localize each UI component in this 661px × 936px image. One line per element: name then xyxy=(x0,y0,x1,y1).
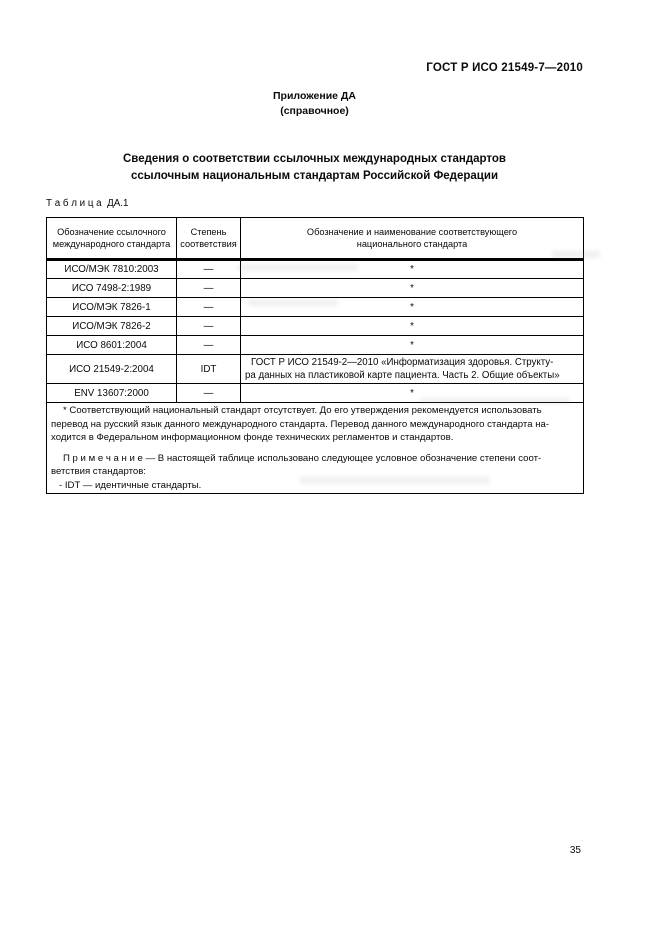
table-row: ИСО/МЭК 7826-2—* xyxy=(47,317,584,336)
table-row: ENV 13607:2000—* xyxy=(47,384,584,403)
cell-international-standard: ИСО/МЭК 7810:2003 xyxy=(47,260,177,279)
cell-degree: — xyxy=(177,298,241,317)
table-row: ИСО 8601:2004—* xyxy=(47,336,584,355)
cell-international-standard: ИСО/МЭК 7826-1 xyxy=(47,298,177,317)
cell-national-standard: * xyxy=(241,279,584,298)
table-row: ИСО/МЭК 7826-1—* xyxy=(47,298,584,317)
cell-degree: IDT xyxy=(177,355,241,384)
table-row: ИСО 7498-2:1989—* xyxy=(47,279,584,298)
cell-international-standard: ИСО/МЭК 7826-2 xyxy=(47,317,177,336)
cell-degree: — xyxy=(177,384,241,403)
table-body: ИСО/МЭК 7810:2003—*ИСО 7498-2:1989—*ИСО/… xyxy=(47,260,584,403)
table-footnote-section: * Соответствующий национальный стандарт … xyxy=(47,403,584,494)
footnote-cell: * Соответствующий национальный стандарт … xyxy=(47,403,584,494)
annex-heading: Приложение ДА (справочное) xyxy=(46,89,583,119)
col-header-national-standard: Обозначение и наименование соответствующ… xyxy=(241,218,584,260)
cell-national-standard: * xyxy=(241,317,584,336)
annex-type: (справочное) xyxy=(46,104,583,119)
footnote-text: * Соответствующий национальный стандарт … xyxy=(51,404,579,445)
col-header-degree: Степень соответствия xyxy=(177,218,241,260)
cell-national-standard: ГОСТ Р ИСО 21549-2—2010 «Информатизация … xyxy=(241,355,584,384)
cell-degree: — xyxy=(177,260,241,279)
cell-degree: — xyxy=(177,279,241,298)
cell-national-standard: * xyxy=(241,336,584,355)
cell-degree: — xyxy=(177,317,241,336)
cell-degree: — xyxy=(177,336,241,355)
annex-title: Приложение ДА xyxy=(46,89,583,104)
cell-international-standard: ИСО 7498-2:1989 xyxy=(47,279,177,298)
table-header: Обозначение ссылочного международного ст… xyxy=(47,218,584,260)
note-text: П р и м е ч а н и е — В настоящей таблиц… xyxy=(51,452,579,493)
page-title: Сведения о соответствии ссылочных междун… xyxy=(46,151,583,185)
correspondence-table: Обозначение ссылочного международного ст… xyxy=(46,217,584,494)
cell-national-standard: * xyxy=(241,260,584,279)
col-header-international-standard: Обозначение ссылочного международного ст… xyxy=(47,218,177,260)
table-label: Т а б л и ц а ДА.1 xyxy=(46,198,128,209)
cell-international-standard: ИСО 21549-2:2004 xyxy=(47,355,177,384)
cell-international-standard: ENV 13607:2000 xyxy=(47,384,177,403)
document-page: ГОСТ Р ИСО 21549-7—2010 Приложение ДА (с… xyxy=(0,0,661,936)
document-code: ГОСТ Р ИСО 21549-7—2010 xyxy=(426,62,583,74)
cell-national-standard: * xyxy=(241,384,584,403)
cell-international-standard: ИСО 8601:2004 xyxy=(47,336,177,355)
table-row: ИСО/МЭК 7810:2003—* xyxy=(47,260,584,279)
cell-national-standard: * xyxy=(241,298,584,317)
table-row: ИСО 21549-2:2004IDTГОСТ Р ИСО 21549-2—20… xyxy=(47,355,584,384)
page-number: 35 xyxy=(570,845,581,856)
